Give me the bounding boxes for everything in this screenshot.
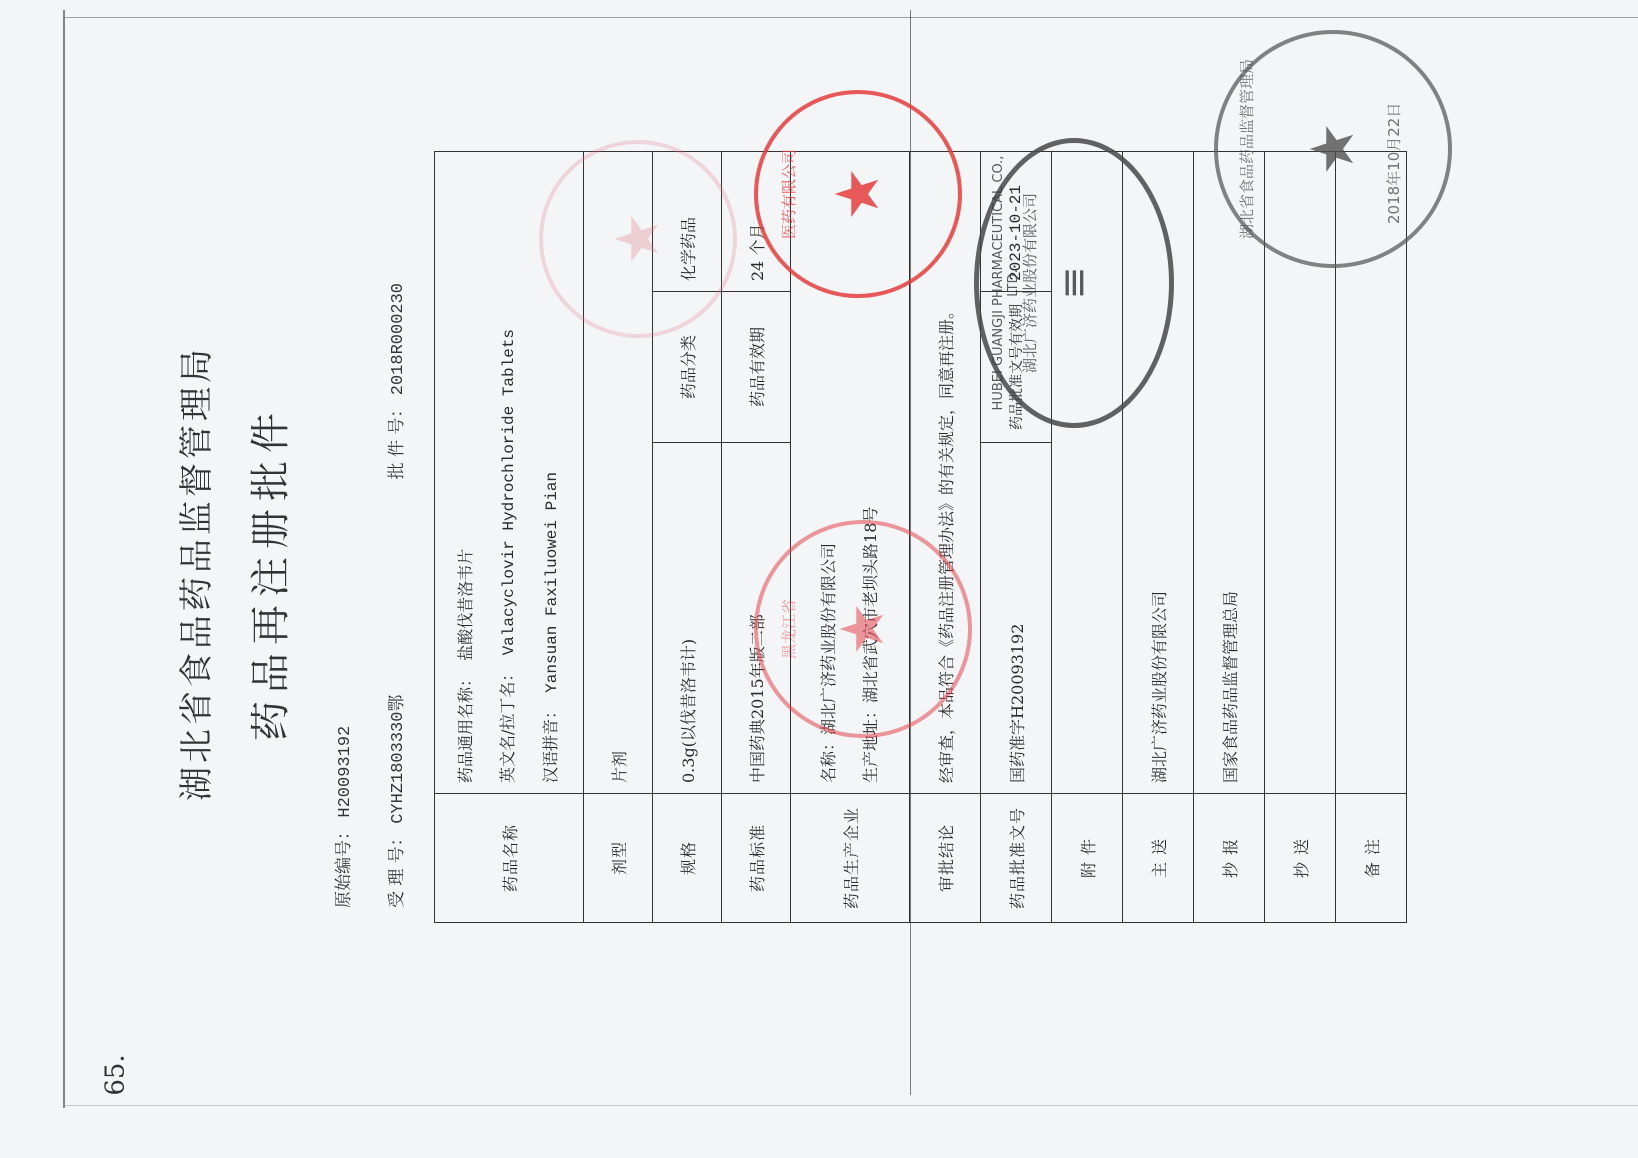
standard-value: 中国药典2015年版二部 [722, 443, 791, 794]
report-to-label: 抄 报 [1194, 794, 1265, 923]
manufacturer-address-line: 生产地址：湖北省武穴市老坝头路18号 [850, 162, 892, 783]
table-row-manufacturer: 药品生产企业 名称：湖北广济药业股份有限公司 生产地址：湖北省武穴市老坝头路18… [791, 152, 910, 923]
original-number-value: H20093192 [336, 726, 355, 818]
validity-label: 药品有效期 [722, 292, 791, 443]
manufacturer-name-label: 名称： [819, 735, 838, 783]
pinyin-name-label: 汉语拼音： [541, 703, 560, 783]
english-name-label: 英文名/拉丁名： [498, 666, 517, 783]
attachment-label: 附 件 [1052, 794, 1123, 923]
table-row-copy-to: 抄 送 [1265, 152, 1336, 923]
table-row-conclusion: 审批结论 经审查，本品符合《药品注册管理办法》的有关规定，同意再注册。 [910, 152, 981, 923]
report-to-value: 国家食品药品监督管理总局 [1194, 152, 1265, 794]
drug-name-cell: 药品通用名称： 盐酸伐昔洛韦片 英文名/拉丁名： Valacyclovir Hy… [435, 152, 584, 794]
attachment-value [1052, 152, 1123, 794]
acceptance-number-row: 受 理 号： CYHZ1803330鄂 [382, 695, 408, 908]
generic-name-value: 盐酸伐昔洛韦片 [456, 549, 475, 661]
remarks-label: 备 注 [1336, 794, 1407, 923]
table-row-attachment: 附 件 [1052, 152, 1123, 923]
registration-table: 药品名称 药品通用名称： 盐酸伐昔洛韦片 英文名/拉丁名： Valacyclov… [434, 151, 1407, 923]
copy-to-value [1265, 152, 1336, 794]
main-recipient-value: 湖北广济药业股份有限公司 [1123, 152, 1194, 794]
dosage-form-label: 剂型 [584, 794, 653, 923]
table-row-report-to: 抄 报 国家食品药品监督管理总局 [1194, 152, 1265, 923]
approval-doc-number-label: 药品批准文号 [981, 794, 1052, 923]
dosage-form-value: 片剂 [584, 152, 653, 794]
manufacturer-cell: 名称：湖北广济药业股份有限公司 生产地址：湖北省武穴市老坝头路18号 [791, 152, 910, 794]
specification-label: 规格 [653, 794, 722, 923]
conclusion-value: 经审查，本品符合《药品注册管理办法》的有关规定，同意再注册。 [910, 152, 981, 794]
pinyin-name-value: Yansuan Faxiluowei Pian [543, 472, 561, 693]
scan-line-top [65, 17, 1638, 18]
category-label: 药品分类 [653, 292, 722, 443]
manufacturer-address-value: 湖北省武穴市老坝头路18号 [861, 507, 880, 703]
table-row-specification: 规格 0.3g(以伐昔洛韦计) 药品分类 化学药品 [653, 152, 722, 923]
manufacturer-name-value: 湖北广济药业股份有限公司 [819, 543, 838, 735]
conclusion-label: 审批结论 [910, 794, 981, 923]
manufacturer-name-line: 名称：湖北广济药业股份有限公司 [808, 162, 850, 783]
standard-label: 药品标准 [722, 794, 791, 923]
copy-to-label: 抄 送 [1265, 794, 1336, 923]
main-recipient-label: 主 送 [1123, 794, 1194, 923]
manufacturer-address-label: 生产地址： [861, 703, 880, 783]
table-row-dosage-form: 剂型 片剂 [584, 152, 653, 923]
drug-name-label: 药品名称 [435, 794, 584, 923]
table-row-remarks: 备 注 [1336, 152, 1407, 923]
table-row-approval-number: 药品批准文号 国药准字H20093192 药品批准文号有效期 2023-10-2… [981, 152, 1052, 923]
original-number-label: 原始编号： [334, 823, 354, 908]
scan-edge-bottom [63, 1105, 1638, 1106]
validity-value: 24 个月 [722, 152, 791, 292]
generic-name-label: 药品通用名称： [456, 671, 475, 783]
specification-value: 0.3g(以伐昔洛韦计) [653, 443, 722, 794]
approval-number-row: 批 件 号： 2018R000230 [382, 283, 408, 479]
approval-number-value: 2018R000230 [389, 283, 408, 395]
acceptance-number-label: 受 理 号： [387, 829, 407, 908]
english-name-value: Valacyclovir Hydrochloride Tablets [500, 329, 518, 655]
table-row-drug-name: 药品名称 药品通用名称： 盐酸伐昔洛韦片 英文名/拉丁名： Valacyclov… [435, 152, 584, 923]
approval-validity-label: 药品批准文号有效期 [981, 292, 1052, 443]
document-title: 药品再注册批件 [239, 73, 296, 1073]
category-value: 化学药品 [653, 152, 722, 292]
acceptance-number-value: CYHZ1803330鄂 [389, 695, 408, 824]
manufacturer-label: 药品生产企业 [791, 794, 910, 923]
table-row-standard: 药品标准 中国药典2015年版二部 药品有效期 24 个月 [722, 152, 791, 923]
approval-validity-value: 2023-10-21 [981, 152, 1052, 292]
issuing-agency: 湖北省食品药品监督管理局 [169, 73, 218, 1073]
approval-number-label: 批 件 号： [387, 401, 407, 480]
generic-name-line: 药品通用名称： 盐酸伐昔洛韦片 [445, 162, 487, 783]
approval-doc-number-value: 国药准字H20093192 [981, 443, 1052, 794]
rotated-document-page: 湖北省食品药品监督管理局 药品再注册批件 原始编号： H20093192 受 理… [0, 73, 1384, 1073]
english-name-line: 英文名/拉丁名： Valacyclovir Hydrochloride Tabl… [487, 162, 530, 783]
pinyin-name-line: 汉语拼音： Yansuan Faxiluowei Pian [530, 162, 573, 783]
original-number-row: 原始编号： H20093192 [329, 726, 355, 908]
remarks-value [1336, 152, 1407, 794]
table-row-main-recipient: 主 送 湖北广济药业股份有限公司 [1123, 152, 1194, 923]
